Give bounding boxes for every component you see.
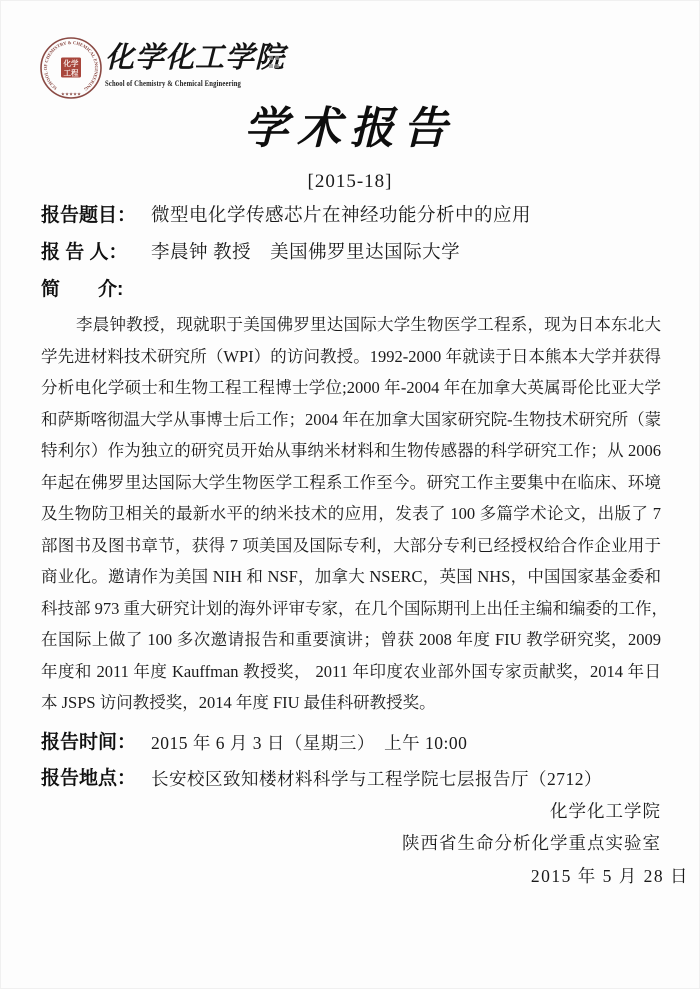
school-name-english: School of Chemistry & Chemical Engineeri… [105, 78, 245, 88]
bio-line: 学先进材料技术研究所（WPI）的访问教授。1992-2000 年就读于日本熊本大… [41, 341, 661, 373]
page-title: 学术报告 [1, 99, 699, 159]
field-label: 报 告 人： [41, 240, 151, 266]
seal-stamp-row1: 化学 [63, 58, 79, 68]
bio-line: 科技部 973 重大研究计划的海外评审专家，在几个国际期刊上出任主编和编委的工作… [41, 593, 661, 625]
issue-number: [2015-18] [1, 169, 699, 195]
bio-line: 在国际上做了 100 多次邀请报告和重要演讲；曾获 2008 年度 FIU 教学… [41, 624, 661, 656]
field-label: 报告地点： [41, 766, 151, 792]
field-label: 报告时间： [41, 730, 151, 756]
footer-date: 2015 年 5 月 28 日 [41, 862, 689, 890]
seal-stamp-row2: 工程 [64, 68, 79, 78]
seal-stars: ★★★★★ [61, 92, 82, 97]
field-value: 微型电化学传感芯片在神经功能分析中的应用 [151, 203, 531, 229]
bio-line: 年起在佛罗里达国际大学生物医学工程系工作至今。研究工作主要集中在临床、环境 [41, 467, 661, 499]
field-intro-heading: 简 介: [41, 277, 661, 303]
announcement-page: SCHOOL OF CHEMISTRY & CHEMICAL ENGINEERI… [0, 0, 700, 989]
bio-line: 分析电化学硕士和生物工程工程博士学位;2000 年-2004 年在加拿大英属哥伦… [41, 372, 661, 404]
bio-line: 李晨钟教授，现就职于美国佛罗里达国际大学生物医学工程系，现为日本东北大 [41, 309, 661, 341]
footer-organization-2: 陕西省生命分析化学重点实验室 [41, 829, 667, 857]
field-report-place: 报告地点： 长安校区致知楼材料科学与工程学院七层报告厅（2712） [41, 766, 661, 792]
field-value: 长安校区致知楼材料科学与工程学院七层报告厅（2712） [151, 766, 602, 792]
footer-organization-1: 化学化工学院 [41, 797, 667, 825]
school-name-calligraphy: 化学化工学院 [105, 41, 285, 75]
bio-line: 特利尔）作为独立的研究员开始从事纳米材料和生物传感器的科学研究工作；从 2006 [41, 435, 661, 467]
field-report-time: 报告时间： 2015 年 6 月 3 日（星期三） 上午 10:00 [41, 730, 661, 756]
bio-line: 和萨斯喀彻温大学从事博士后工作；2004 年在加拿大国家研究院-生物技术研究所（… [41, 404, 661, 436]
bio-line: 及生物防卫相关的最新水平的纳米技术的应用，发表了 100 多篇学术论文，出版了 … [41, 498, 661, 530]
field-value: 2015 年 6 月 3 日（星期三） 上午 10:00 [151, 730, 467, 756]
bio-line: 商业化。邀请作为美国 NIH 和 NSF，加拿大 NSERC，英国 NHS，中国… [41, 561, 661, 593]
school-seal-icon: SCHOOL OF CHEMISTRY & CHEMICAL ENGINEERI… [39, 36, 103, 100]
field-speaker: 报 告 人： 李晨钟 教授 美国佛罗里达国际大学 [41, 240, 661, 266]
speaker-biography: 李晨钟教授，现就职于美国佛罗里达国际大学生物医学工程系，现为日本东北大 学先进材… [41, 309, 661, 719]
field-label: 简 介: [41, 277, 151, 303]
field-report-title: 报告题目： 微型电化学传感芯片在神经功能分析中的应用 [41, 203, 661, 229]
seal-graphic: SCHOOL OF CHEMISTRY & CHEMICAL ENGINEERI… [39, 36, 103, 100]
bio-line: 本 JSPS 访问教授奖，2014 年度 FIU 最佳科研教授奖。 [41, 687, 661, 719]
calligraphy-signature-mark [269, 56, 281, 70]
letterhead-brand: 化学化工学院 School of Chemistry & Chemical En… [105, 41, 285, 88]
field-label: 报告题目： [41, 203, 151, 229]
field-value: 李晨钟 教授 美国佛罗里达国际大学 [151, 240, 460, 266]
bio-line: 年度和 2011 年度 Kauffman 教授奖， 2011 年印度农业部外国专… [41, 656, 661, 688]
bio-line: 部图书及图书章节，获得 7 项美国及国际专利，大部分专利已经授权给合作企业用于 [41, 530, 661, 562]
